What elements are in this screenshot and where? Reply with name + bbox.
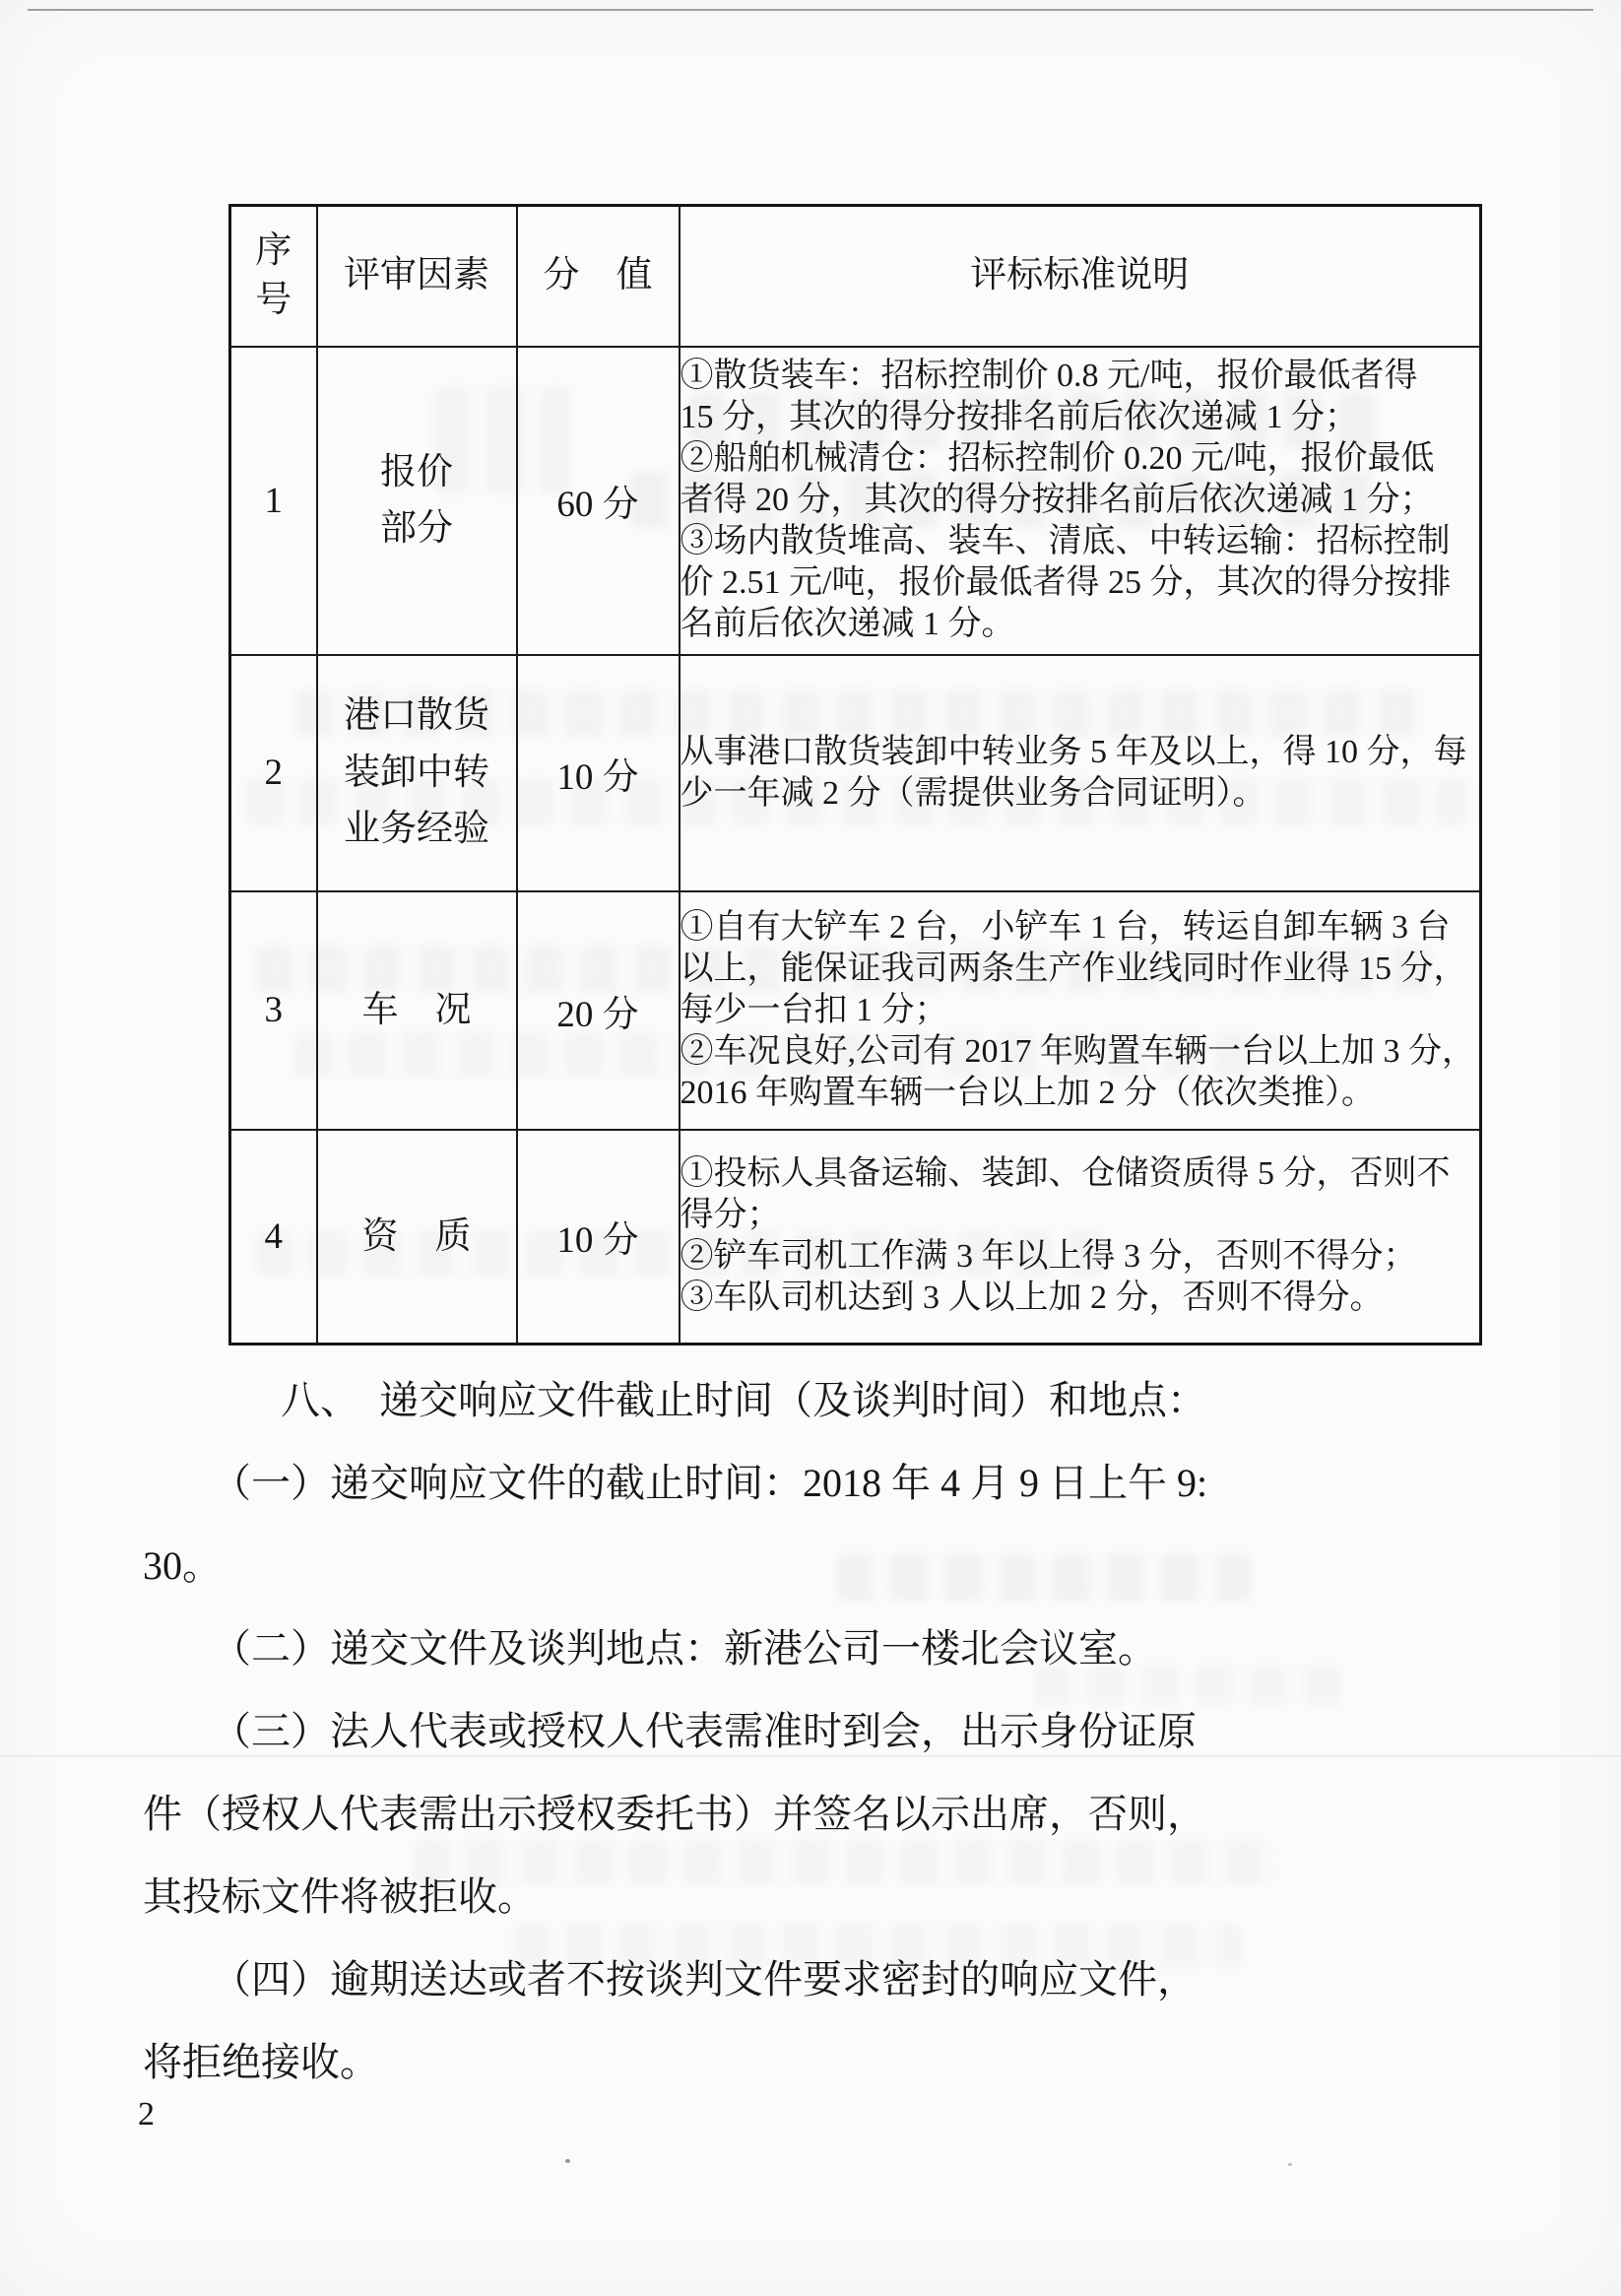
table-row: 2 港口散货 装卸中转 业务经验 10 分 从事港口散货装卸中转业务 5 年及以… <box>230 655 1481 891</box>
evaluation-criteria-table: 序 号 评审因素 分 值 评标标准说明 1 报价 部分 60 分 ①散货装车：招… <box>228 204 1482 1345</box>
scan-speckle <box>1288 2163 1292 2166</box>
header-serial-number: 序 号 <box>230 206 317 347</box>
table-header-row: 序 号 评审因素 分 值 评标标准说明 <box>230 206 1481 347</box>
body-text: 八、 递交响应文件截止时间（及谈判时间）和地点： （一）递交响应文件的截止时间：… <box>143 1359 1482 2104</box>
row-score: 60 分 <box>517 347 680 655</box>
row-factor: 报价 部分 <box>317 347 517 655</box>
row-serial-number: 3 <box>230 891 317 1130</box>
paragraph-line: 其投标文件将被拒收。 <box>143 1856 1482 1938</box>
page-number: 2 <box>138 2096 155 2133</box>
row-serial-number: 2 <box>230 655 317 891</box>
paragraph-line: （二）递交文件及谈判地点：新港公司一楼北会议室。 <box>143 1607 1482 1690</box>
section-heading: 八、 递交响应文件截止时间（及谈判时间）和地点： <box>281 1359 1482 1442</box>
row-description: ①投标人具备运输、装卸、仓储资质得 5 分，否则不 得分； ②铲车司机工作满 3… <box>680 1130 1481 1345</box>
paragraph-line: （三）法人代表或授权人代表需准时到会，出示身份证原 <box>143 1690 1482 1773</box>
document-page: 序 号 评审因素 分 值 评标标准说明 1 报价 部分 60 分 ①散货装车：招… <box>0 0 1621 2296</box>
header-criteria-description: 评标标准说明 <box>680 206 1481 347</box>
row-description: ①散货装车：招标控制价 0.8 元/吨，报价最低者得 15 分，其次的得分按排名… <box>680 347 1481 655</box>
row-score: 20 分 <box>517 891 680 1130</box>
paragraph-line: 30。 <box>143 1525 1482 1607</box>
paragraph-line: （四）逾期送达或者不按谈判文件要求密封的响应文件， <box>143 1938 1482 2021</box>
row-description: ①自有大铲车 2 台，小铲车 1 台，转运自卸车辆 3 台 以上，能保证我司两条… <box>680 891 1481 1130</box>
table-row: 4 资 质 10 分 ①投标人具备运输、装卸、仓储资质得 5 分，否则不 得分；… <box>230 1130 1481 1345</box>
header-score-value: 分 值 <box>517 206 680 347</box>
row-score: 10 分 <box>517 655 680 891</box>
row-factor: 资 质 <box>317 1130 517 1345</box>
row-factor: 港口散货 装卸中转 业务经验 <box>317 655 517 891</box>
row-serial-number: 1 <box>230 347 317 655</box>
row-score: 10 分 <box>517 1130 680 1345</box>
paragraph-line: 将拒绝接收。 <box>143 2021 1482 2104</box>
row-factor: 车 况 <box>317 891 517 1130</box>
row-serial-number: 4 <box>230 1130 317 1345</box>
scan-speckle <box>565 2159 570 2163</box>
row-description: 从事港口散货装卸中转业务 5 年及以上，得 10 分，每 少一年减 2 分（需提… <box>680 655 1481 891</box>
scan-artifact-top-line <box>28 9 1593 11</box>
table-row: 1 报价 部分 60 分 ①散货装车：招标控制价 0.8 元/吨，报价最低者得 … <box>230 347 1481 655</box>
table-row: 3 车 况 20 分 ①自有大铲车 2 台，小铲车 1 台，转运自卸车辆 3 台… <box>230 891 1481 1130</box>
paragraph-line: （一）递交响应文件的截止时间：2018 年 4 月 9 日上午 9: <box>143 1442 1482 1525</box>
header-evaluation-factor: 评审因素 <box>317 206 517 347</box>
paragraph-line: 件（授权人代表需出示授权委托书）并签名以示出席，否则， <box>143 1773 1482 1856</box>
